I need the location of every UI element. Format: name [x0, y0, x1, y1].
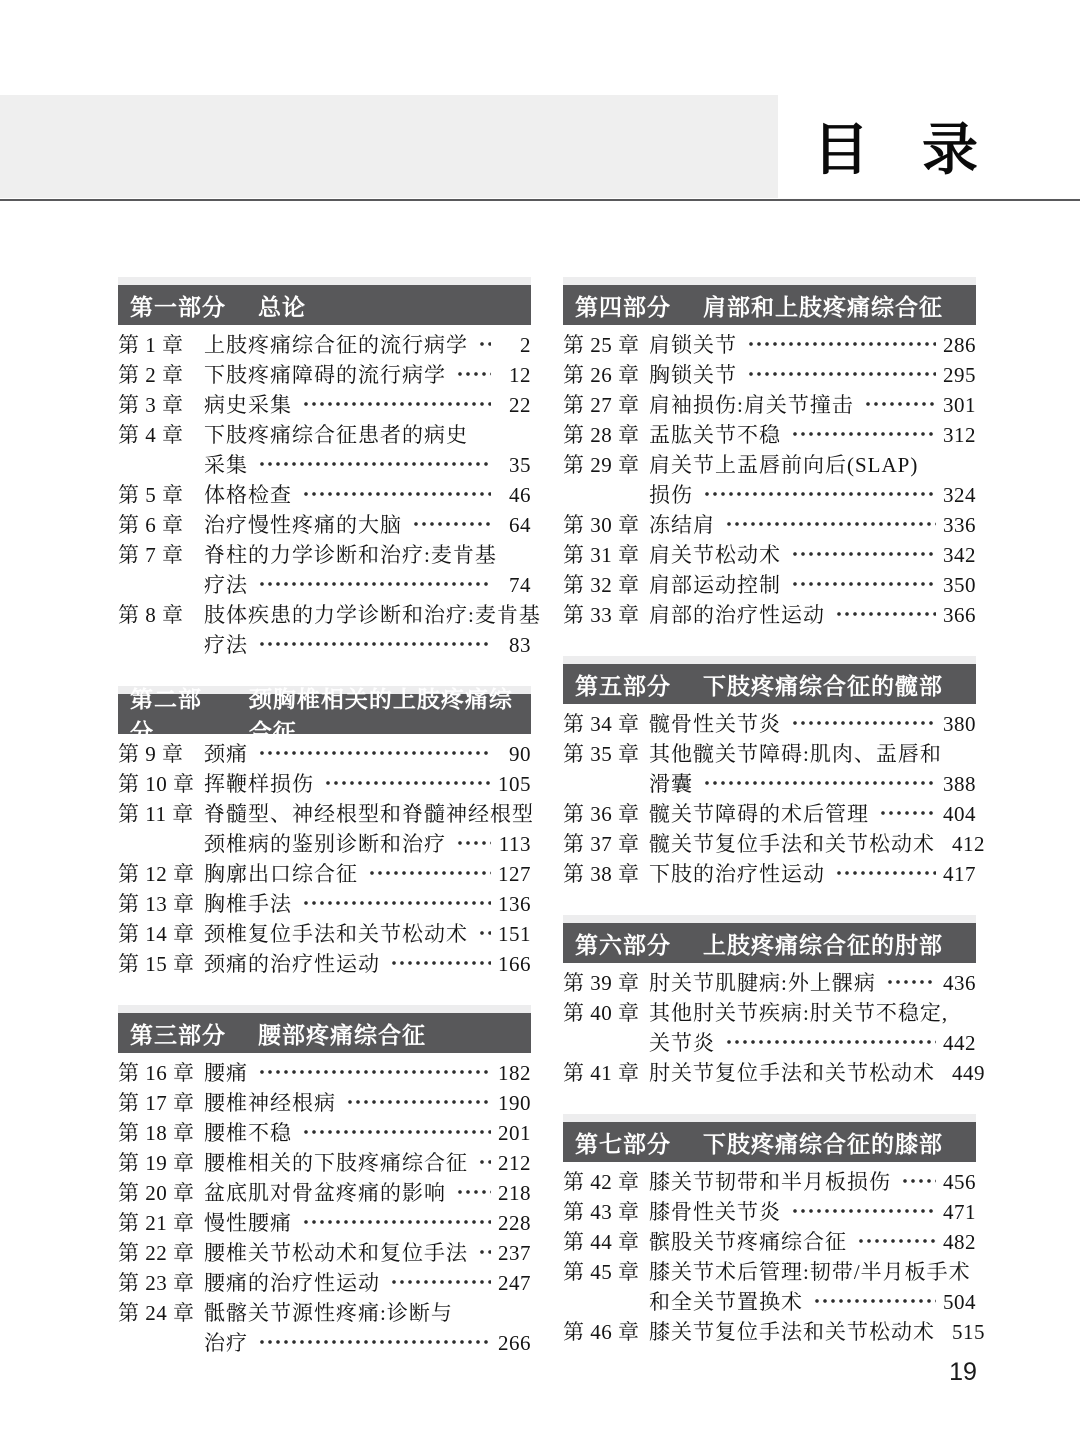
- chapter-label: 第 44 章: [563, 1227, 649, 1257]
- section-title: 下肢疼痛综合征的膝部: [703, 1126, 943, 1159]
- dot-leader: [302, 889, 491, 919]
- toc-entry-line: 下肢疼痛综合征患者的病史: [204, 420, 531, 450]
- dot-leader: [478, 1148, 491, 1178]
- chapter-entry: 胸廓出口综合征127: [204, 859, 531, 889]
- toc-entry-line: 腰痛182: [204, 1058, 531, 1088]
- chapter-entry: 腰椎不稳201: [204, 1118, 531, 1148]
- chapter-label: 第 26 章: [563, 360, 649, 390]
- chapter-title: 其他髋关节障碍:肌肉、盂唇和: [649, 739, 942, 769]
- dot-leader: [478, 919, 491, 949]
- toc-entry-line: 脊柱的力学诊断和治疗:麦肯基: [204, 540, 531, 570]
- toc-entry: 第 3 章病史采集22: [118, 390, 531, 420]
- toc-entry: 第 5 章体格检查46: [118, 480, 531, 510]
- dot-leader: [857, 1227, 936, 1257]
- chapter-page-number: 350: [942, 570, 976, 600]
- toc-section: 第六部分上肢疼痛综合征的肘部第 39 章肘关节肌腱病:外上髁病436第 40 章…: [563, 915, 976, 1088]
- chapter-title: 肘关节复位手法和关节松动术: [649, 1058, 935, 1088]
- chapter-entry: 颈痛90: [204, 739, 531, 769]
- dot-leader: [258, 630, 491, 660]
- chapter-entry: 上肢疼痛综合征的流行病学2: [204, 330, 531, 360]
- chapter-label: 第 8 章: [118, 600, 204, 630]
- chapter-page-number: 388: [942, 769, 976, 799]
- toc-entry-line: 下肢的治疗性运动417: [649, 859, 976, 889]
- chapter-title: 冻结肩: [649, 510, 715, 540]
- chapter-page-number: 136: [497, 889, 531, 919]
- chapter-title: 肩锁关节: [649, 330, 737, 360]
- chapter-page-number: 380: [942, 709, 976, 739]
- chapter-page-number: 166: [497, 949, 531, 979]
- toc-entry-line: 肩锁关节286: [649, 330, 976, 360]
- chapter-label: 第 17 章: [118, 1088, 204, 1118]
- chapter-page-number: 404: [942, 799, 976, 829]
- toc-entry-line: 肩部的治疗性运动366: [649, 600, 976, 630]
- dot-leader: [791, 709, 936, 739]
- chapter-page-number: 237: [497, 1238, 531, 1268]
- toc-entry-line: 胸锁关节295: [649, 360, 976, 390]
- chapter-label: 第 21 章: [118, 1208, 204, 1238]
- chapter-entry: 盂肱关节不稳312: [649, 420, 976, 450]
- section-part-label: 第三部分: [130, 1017, 226, 1050]
- toc-section: 第五部分下肢疼痛综合征的髋部第 34 章髋骨性关节炎380第 35 章其他髋关节…: [563, 656, 976, 889]
- chapter-title: 髌股关节疼痛综合征: [649, 1227, 847, 1257]
- toc-entry-line: 髋关节复位手法和关节松动术412: [649, 829, 976, 859]
- chapter-page-number: 12: [497, 360, 531, 390]
- chapter-label: 第 34 章: [563, 709, 649, 739]
- chapter-title: 腰椎神经根病: [204, 1088, 336, 1118]
- chapter-entry: 肩关节上盂唇前向后(SLAP)损伤324: [649, 450, 976, 510]
- section-part-label: 第六部分: [575, 927, 671, 960]
- toc-entry-line: 腰痛的治疗性运动247: [204, 1268, 531, 1298]
- toc-entry: 第 31 章肩关节松动术342: [563, 540, 976, 570]
- toc-entry-line: 损伤324: [649, 480, 976, 510]
- toc-entry-line: 其他肘关节疾病:肘关节不稳定,: [649, 998, 976, 1028]
- chapter-label: 第 1 章: [118, 330, 204, 360]
- chapter-page-number: 201: [497, 1118, 531, 1148]
- section-bar-strip: [118, 277, 531, 285]
- chapter-title: 腰椎不稳: [204, 1118, 292, 1148]
- dot-leader: [258, 570, 491, 600]
- toc-entry: 第 28 章盂肱关节不稳312: [563, 420, 976, 450]
- section-header: 第一部分总论: [118, 285, 531, 325]
- chapter-title: 挥鞭样损伤: [204, 769, 314, 799]
- toc-entry: 第 25 章肩锁关节286: [563, 330, 976, 360]
- toc-entry-line: 肩部运动控制350: [649, 570, 976, 600]
- dot-leader: [302, 480, 491, 510]
- toc-entry-line: 治疗慢性疼痛的大脑64: [204, 510, 531, 540]
- toc-entry: 第 15 章颈痛的治疗性运动166: [118, 949, 531, 979]
- chapter-title: 损伤: [649, 480, 693, 510]
- chapter-entry: 腰椎相关的下肢疼痛综合征212: [204, 1148, 531, 1178]
- dot-leader: [346, 1088, 491, 1118]
- chapter-title: 颈痛的治疗性运动: [204, 949, 380, 979]
- chapter-title: 髋关节复位手法和关节松动术: [649, 829, 935, 859]
- dot-leader: [258, 739, 491, 769]
- chapter-page-number: 482: [942, 1227, 976, 1257]
- chapter-label: 第 28 章: [563, 420, 649, 450]
- chapter-list: 第 9 章颈痛90第 10 章挥鞭样损伤105第 11 章脊髓型、神经根型和脊髓…: [118, 739, 531, 979]
- toc-entry: 第 27 章肩袖损伤:肩关节撞击301: [563, 390, 976, 420]
- chapter-entry: 腰痛的治疗性运动247: [204, 1268, 531, 1298]
- chapter-list: 第 16 章腰痛182第 17 章腰椎神经根病190第 18 章腰椎不稳201第…: [118, 1058, 531, 1358]
- chapter-page-number: 22: [497, 390, 531, 420]
- chapter-title: 肩部运动控制: [649, 570, 781, 600]
- chapter-title: 治疗: [204, 1328, 248, 1358]
- toc-column-left: 第一部分总论第 1 章上肢疼痛综合征的流行病学2第 2 章下肢疼痛障碍的流行病学…: [118, 277, 531, 1384]
- dot-leader: [258, 1058, 491, 1088]
- toc-entry: 第 6 章治疗慢性疼痛的大脑64: [118, 510, 531, 540]
- dot-leader: [725, 1028, 936, 1058]
- toc-entry: 第 26 章胸锁关节295: [563, 360, 976, 390]
- toc-entry-line: 疗法74: [204, 570, 531, 600]
- dot-leader: [258, 1328, 491, 1358]
- toc-entry-line: 肩关节松动术342: [649, 540, 976, 570]
- dot-leader: [703, 480, 936, 510]
- toc-entry-line: 膝关节术后管理:韧带/半月板手术: [649, 1257, 976, 1287]
- chapter-page-number: 127: [497, 859, 531, 889]
- toc-column-right: 第四部分肩部和上肢疼痛综合征第 25 章肩锁关节286第 26 章胸锁关节295…: [563, 277, 976, 1373]
- dot-leader: [791, 420, 936, 450]
- toc-entry: 第 36 章髋关节障碍的术后管理404: [563, 799, 976, 829]
- chapter-label: 第 22 章: [118, 1238, 204, 1268]
- toc-entry-line: 盆底肌对骨盆疼痛的影响218: [204, 1178, 531, 1208]
- chapter-title: 髋关节障碍的术后管理: [649, 799, 869, 829]
- chapter-page-number: 64: [497, 510, 531, 540]
- chapter-page-number: 151: [497, 919, 531, 949]
- toc-entry-line: 采集35: [204, 450, 531, 480]
- chapter-title: 肩关节松动术: [649, 540, 781, 570]
- toc-entry-line: 和全关节置换术504: [649, 1287, 976, 1317]
- toc-entry-line: 腰椎关节松动术和复位手法237: [204, 1238, 531, 1268]
- toc-section: 第一部分总论第 1 章上肢疼痛综合征的流行病学2第 2 章下肢疼痛障碍的流行病学…: [118, 277, 531, 660]
- chapter-title: 上肢疼痛综合征的流行病学: [204, 330, 468, 360]
- toc-entry: 第 2 章下肢疼痛障碍的流行病学12: [118, 360, 531, 390]
- chapter-page-number: 436: [942, 968, 976, 998]
- dot-leader: [703, 769, 936, 799]
- toc-entry-line: 肢体疾患的力学诊断和治疗:麦肯基: [204, 600, 531, 630]
- toc-entry: 第 11 章脊髓型、神经根型和脊髓神经根型颈椎病的鉴别诊断和治疗113: [118, 799, 531, 859]
- chapter-entry: 下肢疼痛综合征患者的病史采集35: [204, 420, 531, 480]
- chapter-page-number: 247: [497, 1268, 531, 1298]
- toc-entry-line: 挥鞭样损伤105: [204, 769, 531, 799]
- dot-leader: [302, 1208, 491, 1238]
- toc-entry: 第 19 章腰椎相关的下肢疼痛综合征212: [118, 1148, 531, 1178]
- chapter-label: 第 27 章: [563, 390, 649, 420]
- chapter-label: 第 4 章: [118, 420, 204, 450]
- chapter-entry: 冻结肩336: [649, 510, 976, 540]
- chapter-list: 第 25 章肩锁关节286第 26 章胸锁关节295第 27 章肩袖损伤:肩关节…: [563, 330, 976, 630]
- toc-entry-line: 颈痛90: [204, 739, 531, 769]
- chapter-page-number: 35: [497, 450, 531, 480]
- chapter-title: 采集: [204, 450, 248, 480]
- chapter-entry: 下肢疼痛障碍的流行病学12: [204, 360, 531, 390]
- toc-entry: 第 41 章肘关节复位手法和关节松动术449: [563, 1058, 976, 1088]
- chapter-title: 腰痛的治疗性运动: [204, 1268, 380, 1298]
- page-title-char-1: 目: [813, 120, 869, 180]
- chapter-title: 肘关节肌腱病:外上髁病: [649, 968, 876, 998]
- chapter-title: 疗法: [204, 570, 248, 600]
- toc-entry: 第 9 章颈痛90: [118, 739, 531, 769]
- toc-entry-line: 腰椎神经根病190: [204, 1088, 531, 1118]
- chapter-entry: 肩部运动控制350: [649, 570, 976, 600]
- chapter-label: 第 5 章: [118, 480, 204, 510]
- dot-leader: [258, 450, 491, 480]
- toc-entry: 第 17 章腰椎神经根病190: [118, 1088, 531, 1118]
- chapter-page-number: 504: [942, 1287, 976, 1317]
- toc-entry-line: 脊髓型、神经根型和脊髓神经根型: [204, 799, 531, 829]
- chapter-title: 膝关节复位手法和关节松动术: [649, 1317, 935, 1347]
- toc-entry-line: 治疗266: [204, 1328, 531, 1358]
- toc-entry: 第 35 章其他髋关节障碍:肌肉、盂唇和滑囊388: [563, 739, 976, 799]
- dot-leader: [791, 540, 936, 570]
- toc-entry: 第 30 章冻结肩336: [563, 510, 976, 540]
- dot-leader: [302, 390, 491, 420]
- chapter-title: 下肢疼痛综合征患者的病史: [204, 420, 468, 450]
- toc-entry-line: 其他髋关节障碍:肌肉、盂唇和: [649, 739, 976, 769]
- section-title: 上肢疼痛综合征的肘部: [703, 927, 943, 960]
- chapter-title: 下肢疼痛障碍的流行病学: [204, 360, 446, 390]
- dot-leader: [368, 859, 491, 889]
- dot-leader: [835, 859, 936, 889]
- chapter-entry: 胸锁关节295: [649, 360, 976, 390]
- chapter-entry: 体格检查46: [204, 480, 531, 510]
- toc-entry: 第 20 章盆底肌对骨盆疼痛的影响218: [118, 1178, 531, 1208]
- dot-leader: [791, 1197, 936, 1227]
- chapter-entry: 颈痛的治疗性运动166: [204, 949, 531, 979]
- chapter-title: 腰椎关节松动术和复位手法: [204, 1238, 468, 1268]
- toc-entry: 第 46 章膝关节复位手法和关节松动术515: [563, 1317, 976, 1347]
- toc-entry: 第 34 章髋骨性关节炎380: [563, 709, 976, 739]
- chapter-label: 第 31 章: [563, 540, 649, 570]
- toc-entry: 第 21 章慢性腰痛228: [118, 1208, 531, 1238]
- chapter-page-number: 190: [497, 1088, 531, 1118]
- chapter-title: 腰椎相关的下肢疼痛综合征: [204, 1148, 468, 1178]
- toc-section: 第二部分颈胸椎相关的上肢疼痛综合征第 9 章颈痛90第 10 章挥鞭样损伤105…: [118, 686, 531, 979]
- chapter-label: 第 37 章: [563, 829, 649, 859]
- chapter-title: 其他肘关节疾病:肘关节不稳定,: [649, 998, 948, 1028]
- page-title-char-2: 录: [922, 120, 978, 180]
- dot-leader: [456, 360, 491, 390]
- toc-entry-line: 膝关节韧带和半月板损伤456: [649, 1167, 976, 1197]
- chapter-page-number: 212: [497, 1148, 531, 1178]
- chapter-entry: 盆底肌对骨盆疼痛的影响218: [204, 1178, 531, 1208]
- chapter-title: 病史采集: [204, 390, 292, 420]
- chapter-title: 慢性腰痛: [204, 1208, 292, 1238]
- chapter-page-number: 336: [942, 510, 976, 540]
- dot-leader: [813, 1287, 936, 1317]
- chapter-title: 疗法: [204, 630, 248, 660]
- chapter-entry: 肘关节复位手法和关节松动术449: [649, 1058, 976, 1088]
- chapter-label: 第 46 章: [563, 1317, 649, 1347]
- toc-entry: 第 1 章上肢疼痛综合征的流行病学2: [118, 330, 531, 360]
- section-part-label: 第五部分: [575, 668, 671, 701]
- chapter-entry: 骶髂关节源性疼痛:诊断与治疗266: [204, 1298, 531, 1358]
- chapter-label: 第 42 章: [563, 1167, 649, 1197]
- chapter-label: 第 16 章: [118, 1058, 204, 1088]
- page-number: 19: [938, 1358, 988, 1387]
- toc-entry-line: 颈椎复位手法和关节松动术151: [204, 919, 531, 949]
- chapter-page-number: 218: [497, 1178, 531, 1208]
- chapter-entry: 肩袖损伤:肩关节撞击301: [649, 390, 976, 420]
- toc-section: 第七部分下肢疼痛综合征的膝部第 42 章膝关节韧带和半月板损伤456第 43 章…: [563, 1114, 976, 1347]
- chapter-label: 第 2 章: [118, 360, 204, 390]
- chapter-entry: 腰痛182: [204, 1058, 531, 1088]
- chapter-title: 和全关节置换术: [649, 1287, 803, 1317]
- section-title: 下肢疼痛综合征的髋部: [703, 668, 943, 701]
- chapter-title: 颈椎复位手法和关节松动术: [204, 919, 468, 949]
- section-bar-strip: [563, 915, 976, 923]
- chapter-label: 第 15 章: [118, 949, 204, 979]
- chapter-page-number: 266: [497, 1328, 531, 1358]
- chapter-entry: 髋关节障碍的术后管理404: [649, 799, 976, 829]
- toc-entry-line: 病史采集22: [204, 390, 531, 420]
- toc-entry-line: 上肢疼痛综合征的流行病学2: [204, 330, 531, 360]
- chapter-entry: 肢体疾患的力学诊断和治疗:麦肯基疗法83: [204, 600, 531, 660]
- dot-leader: [412, 510, 491, 540]
- toc-entry-line: 颈椎病的鉴别诊断和治疗113: [204, 829, 531, 859]
- dot-leader: [901, 1167, 936, 1197]
- chapter-title: 下肢的治疗性运动: [649, 859, 825, 889]
- section-title: 总论: [258, 289, 306, 322]
- section-header: 第三部分腰部疼痛综合征: [118, 1013, 531, 1053]
- toc-entry: 第 16 章腰痛182: [118, 1058, 531, 1088]
- toc-entry-line: 胸廓出口综合征127: [204, 859, 531, 889]
- chapter-entry: 胸椎手法136: [204, 889, 531, 919]
- chapter-title: 颈痛: [204, 739, 248, 769]
- chapter-page-number: 295: [942, 360, 976, 390]
- toc-entry-line: 骶髂关节源性疼痛:诊断与: [204, 1298, 531, 1328]
- chapter-title: 颈椎病的鉴别诊断和治疗: [204, 829, 446, 859]
- chapter-title: 盆底肌对骨盆疼痛的影响: [204, 1178, 446, 1208]
- chapter-title: 体格检查: [204, 480, 292, 510]
- chapter-entry: 肩锁关节286: [649, 330, 976, 360]
- toc-entry: 第 24 章骶髂关节源性疼痛:诊断与治疗266: [118, 1298, 531, 1358]
- dot-leader: [456, 829, 491, 859]
- toc-entry: 第 38 章下肢的治疗性运动417: [563, 859, 976, 889]
- chapter-page-number: 342: [942, 540, 976, 570]
- section-header: 第五部分下肢疼痛综合征的髋部: [563, 664, 976, 704]
- toc-page: 目 录 第一部分总论第 1 章上肢疼痛综合征的流行病学2第 2 章下肢疼痛障碍的…: [0, 0, 1080, 1455]
- chapter-page-number: 90: [497, 739, 531, 769]
- chapter-title: 胸锁关节: [649, 360, 737, 390]
- chapter-page-number: 312: [942, 420, 976, 450]
- chapter-label: 第 38 章: [563, 859, 649, 889]
- toc-entry: 第 43 章膝骨性关节炎471: [563, 1197, 976, 1227]
- chapter-title: 骶髂关节源性疼痛:诊断与: [204, 1298, 453, 1328]
- chapter-page-number: 515: [951, 1317, 985, 1347]
- chapter-entry: 治疗慢性疼痛的大脑64: [204, 510, 531, 540]
- dot-leader: [390, 1268, 491, 1298]
- chapter-title: 胸廓出口综合征: [204, 859, 358, 889]
- chapter-entry: 腰椎神经根病190: [204, 1088, 531, 1118]
- chapter-label: 第 7 章: [118, 540, 204, 570]
- toc-section: 第三部分腰部疼痛综合征第 16 章腰痛182第 17 章腰椎神经根病190第 1…: [118, 1005, 531, 1358]
- chapter-label: 第 40 章: [563, 998, 649, 1028]
- chapter-label: 第 11 章: [118, 799, 204, 829]
- chapter-page-number: 442: [942, 1028, 976, 1058]
- toc-entry-line: 盂肱关节不稳312: [649, 420, 976, 450]
- toc-entry: 第 13 章胸椎手法136: [118, 889, 531, 919]
- chapter-title: 盂肱关节不稳: [649, 420, 781, 450]
- toc-entry: 第 18 章腰椎不稳201: [118, 1118, 531, 1148]
- chapter-page-number: 471: [942, 1197, 976, 1227]
- toc-entry-line: 胸椎手法136: [204, 889, 531, 919]
- section-bar-strip: [563, 277, 976, 285]
- chapter-entry: 肩部的治疗性运动366: [649, 600, 976, 630]
- chapter-title: 膝骨性关节炎: [649, 1197, 781, 1227]
- chapter-page-number: 74: [497, 570, 531, 600]
- dot-leader: [478, 1238, 491, 1268]
- toc-entry-line: 髋骨性关节炎380: [649, 709, 976, 739]
- toc-entry-line: 滑囊388: [649, 769, 976, 799]
- chapter-label: 第 6 章: [118, 510, 204, 540]
- toc-entry: 第 23 章腰痛的治疗性运动247: [118, 1268, 531, 1298]
- chapter-label: 第 3 章: [118, 390, 204, 420]
- toc-entry: 第 44 章髌股关节疼痛综合征482: [563, 1227, 976, 1257]
- chapter-label: 第 41 章: [563, 1058, 649, 1088]
- toc-entry-line: 膝骨性关节炎471: [649, 1197, 976, 1227]
- chapter-entry: 肩关节松动术342: [649, 540, 976, 570]
- header-rule: [0, 199, 1080, 201]
- section-title: 肩部和上肢疼痛综合征: [703, 289, 943, 322]
- chapter-page-number: 113: [497, 829, 531, 859]
- dot-leader: [879, 799, 936, 829]
- toc-entry: 第 37 章髋关节复位手法和关节松动术412: [563, 829, 976, 859]
- chapter-entry: 膝骨性关节炎471: [649, 1197, 976, 1227]
- toc-entry-line: 颈痛的治疗性运动166: [204, 949, 531, 979]
- dot-leader: [390, 949, 491, 979]
- section-header: 第二部分颈胸椎相关的上肢疼痛综合征: [118, 694, 531, 734]
- toc-entry-line: 冻结肩336: [649, 510, 976, 540]
- chapter-title: 膝关节韧带和半月板损伤: [649, 1167, 891, 1197]
- toc-entry-line: 髌股关节疼痛综合征482: [649, 1227, 976, 1257]
- dot-leader: [324, 769, 491, 799]
- chapter-page-number: 417: [942, 859, 976, 889]
- chapter-entry: 髋骨性关节炎380: [649, 709, 976, 739]
- toc-entry: 第 12 章胸廓出口综合征127: [118, 859, 531, 889]
- toc-entry: 第 29 章肩关节上盂唇前向后(SLAP)损伤324: [563, 450, 976, 510]
- chapter-title: 肩袖损伤:肩关节撞击: [649, 390, 854, 420]
- chapter-list: 第 1 章上肢疼痛综合征的流行病学2第 2 章下肢疼痛障碍的流行病学12第 3 …: [118, 330, 531, 660]
- toc-entry: 第 45 章膝关节术后管理:韧带/半月板手术和全关节置换术504: [563, 1257, 976, 1317]
- section-bar-strip: [563, 656, 976, 664]
- page-title: 目 录: [813, 120, 978, 180]
- chapter-entry: 膝关节术后管理:韧带/半月板手术和全关节置换术504: [649, 1257, 976, 1317]
- section-part-label: 第四部分: [575, 289, 671, 322]
- chapter-label: 第 20 章: [118, 1178, 204, 1208]
- chapter-entry: 膝关节复位手法和关节松动术515: [649, 1317, 976, 1347]
- toc-entry: 第 14 章颈椎复位手法和关节松动术151: [118, 919, 531, 949]
- chapter-label: 第 32 章: [563, 570, 649, 600]
- chapter-title: 髋骨性关节炎: [649, 709, 781, 739]
- toc-entry: 第 32 章肩部运动控制350: [563, 570, 976, 600]
- dot-leader: [456, 1178, 491, 1208]
- toc-entry-line: 下肢疼痛障碍的流行病学12: [204, 360, 531, 390]
- chapter-title: 肩关节上盂唇前向后(SLAP): [649, 450, 918, 480]
- chapter-entry: 髌股关节疼痛综合征482: [649, 1227, 976, 1257]
- chapter-entry: 下肢的治疗性运动417: [649, 859, 976, 889]
- dot-leader: [835, 600, 936, 630]
- toc-entry: 第 42 章膝关节韧带和半月板损伤456: [563, 1167, 976, 1197]
- chapter-page-number: 182: [497, 1058, 531, 1088]
- toc-entry-line: 关节炎442: [649, 1028, 976, 1058]
- chapter-label: 第 43 章: [563, 1197, 649, 1227]
- chapter-page-number: 83: [497, 630, 531, 660]
- section-part-label: 第二部分: [130, 681, 217, 747]
- dot-leader: [302, 1118, 491, 1148]
- toc-entry: 第 7 章脊柱的力学诊断和治疗:麦肯基疗法74: [118, 540, 531, 600]
- dot-leader: [791, 570, 936, 600]
- chapter-list: 第 39 章肘关节肌腱病:外上髁病436第 40 章其他肘关节疾病:肘关节不稳定…: [563, 968, 976, 1088]
